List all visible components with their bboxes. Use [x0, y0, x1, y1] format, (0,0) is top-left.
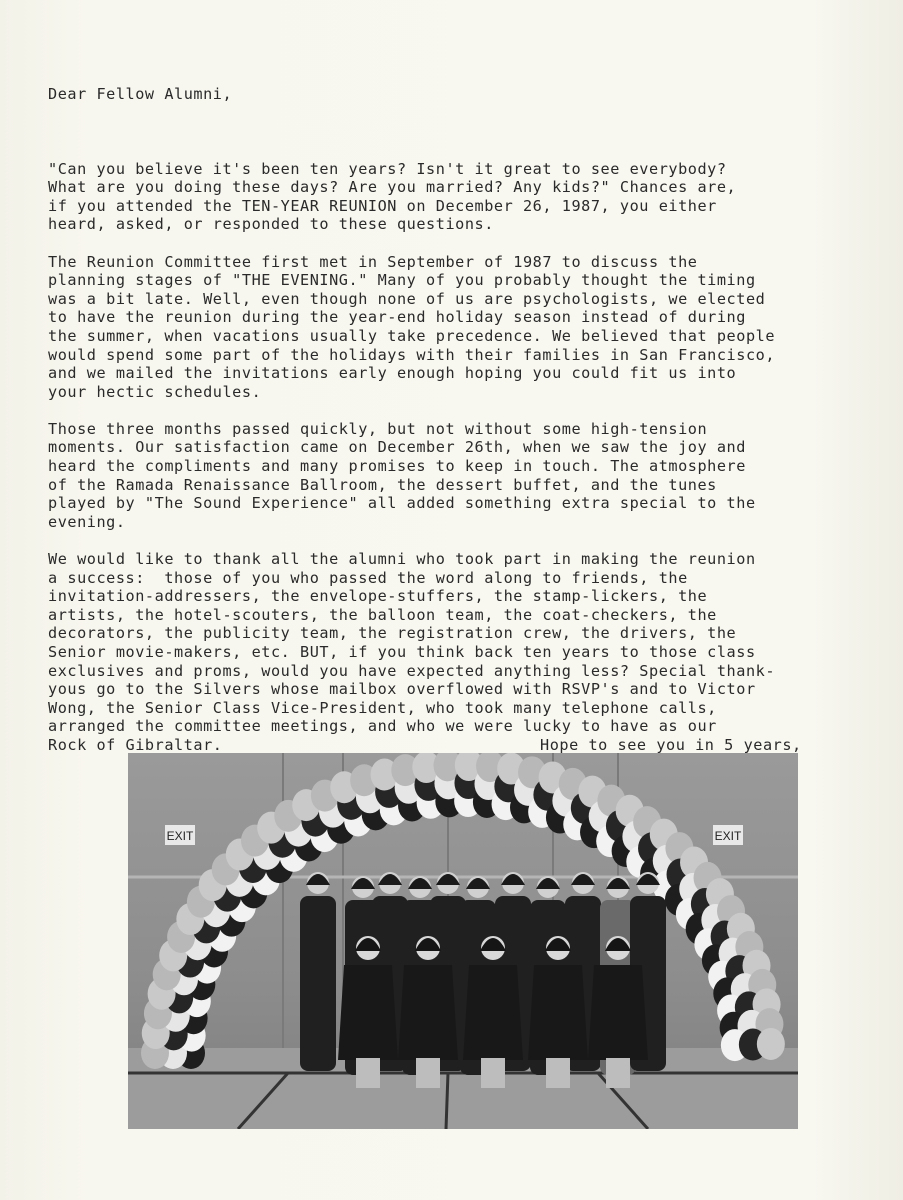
- svg-text:EXIT: EXIT: [167, 829, 194, 843]
- text-line: Senior movie-makers, etc. BUT, if you th…: [48, 643, 868, 662]
- paragraph: The Reunion Committee first met in Septe…: [48, 253, 868, 402]
- text-line: the summer, when vacations usually take …: [48, 327, 868, 346]
- text-line: played by "The Sound Experience" all add…: [48, 494, 868, 513]
- text-line: decorators, the publicity team, the regi…: [48, 624, 868, 643]
- text-line: What are you doing these days? Are you m…: [48, 178, 868, 197]
- text-line: planning stages of "THE EVENING." Many o…: [48, 271, 868, 290]
- text-line: We would like to thank all the alumni wh…: [48, 550, 868, 569]
- salutation: Dear Fellow Alumni,: [48, 85, 868, 104]
- text-line: to have the reunion during the year-end …: [48, 308, 868, 327]
- group-photo: EXIT EXIT: [128, 753, 798, 1129]
- text-line: exclusives and proms, would you have exp…: [48, 662, 868, 681]
- text-line: The Reunion Committee first met in Septe…: [48, 253, 868, 272]
- text-line: Those three months passed quickly, but n…: [48, 420, 868, 439]
- svg-text:EXIT: EXIT: [715, 829, 742, 843]
- text-line: if you attended the TEN-YEAR REUNION on …: [48, 197, 868, 216]
- exit-sign-left: EXIT: [165, 825, 195, 845]
- text-line: artists, the hotel-scouters, the balloon…: [48, 606, 868, 625]
- text-line: invitation-addressers, the envelope-stuf…: [48, 587, 868, 606]
- text-line: heard, asked, or responded to these ques…: [48, 215, 868, 234]
- group-photo-illustration: EXIT EXIT: [128, 753, 798, 1129]
- text-line: was a bit late. Well, even though none o…: [48, 290, 868, 309]
- text-line: moments. Our satisfaction came on Decemb…: [48, 438, 868, 457]
- paragraph: "Can you believe it's been ten years? Is…: [48, 160, 868, 234]
- text-line: would spend some part of the holidays wi…: [48, 346, 868, 365]
- text-line: a success: those of you who passed the w…: [48, 569, 868, 588]
- text-line: evening.: [48, 513, 868, 532]
- text-line: of the Ramada Renaissance Ballroom, the …: [48, 476, 868, 495]
- text-line: "Can you believe it's been ten years? Is…: [48, 160, 868, 179]
- letter-paragraphs: "Can you believe it's been ten years? Is…: [48, 160, 868, 755]
- exit-sign-right: EXIT: [713, 825, 743, 845]
- text-line: your hectic schedules.: [48, 383, 868, 402]
- text-line: and we mailed the invitations early enou…: [48, 364, 868, 383]
- paragraph: Those three months passed quickly, but n…: [48, 420, 868, 532]
- text-line: heard the compliments and many promises …: [48, 457, 868, 476]
